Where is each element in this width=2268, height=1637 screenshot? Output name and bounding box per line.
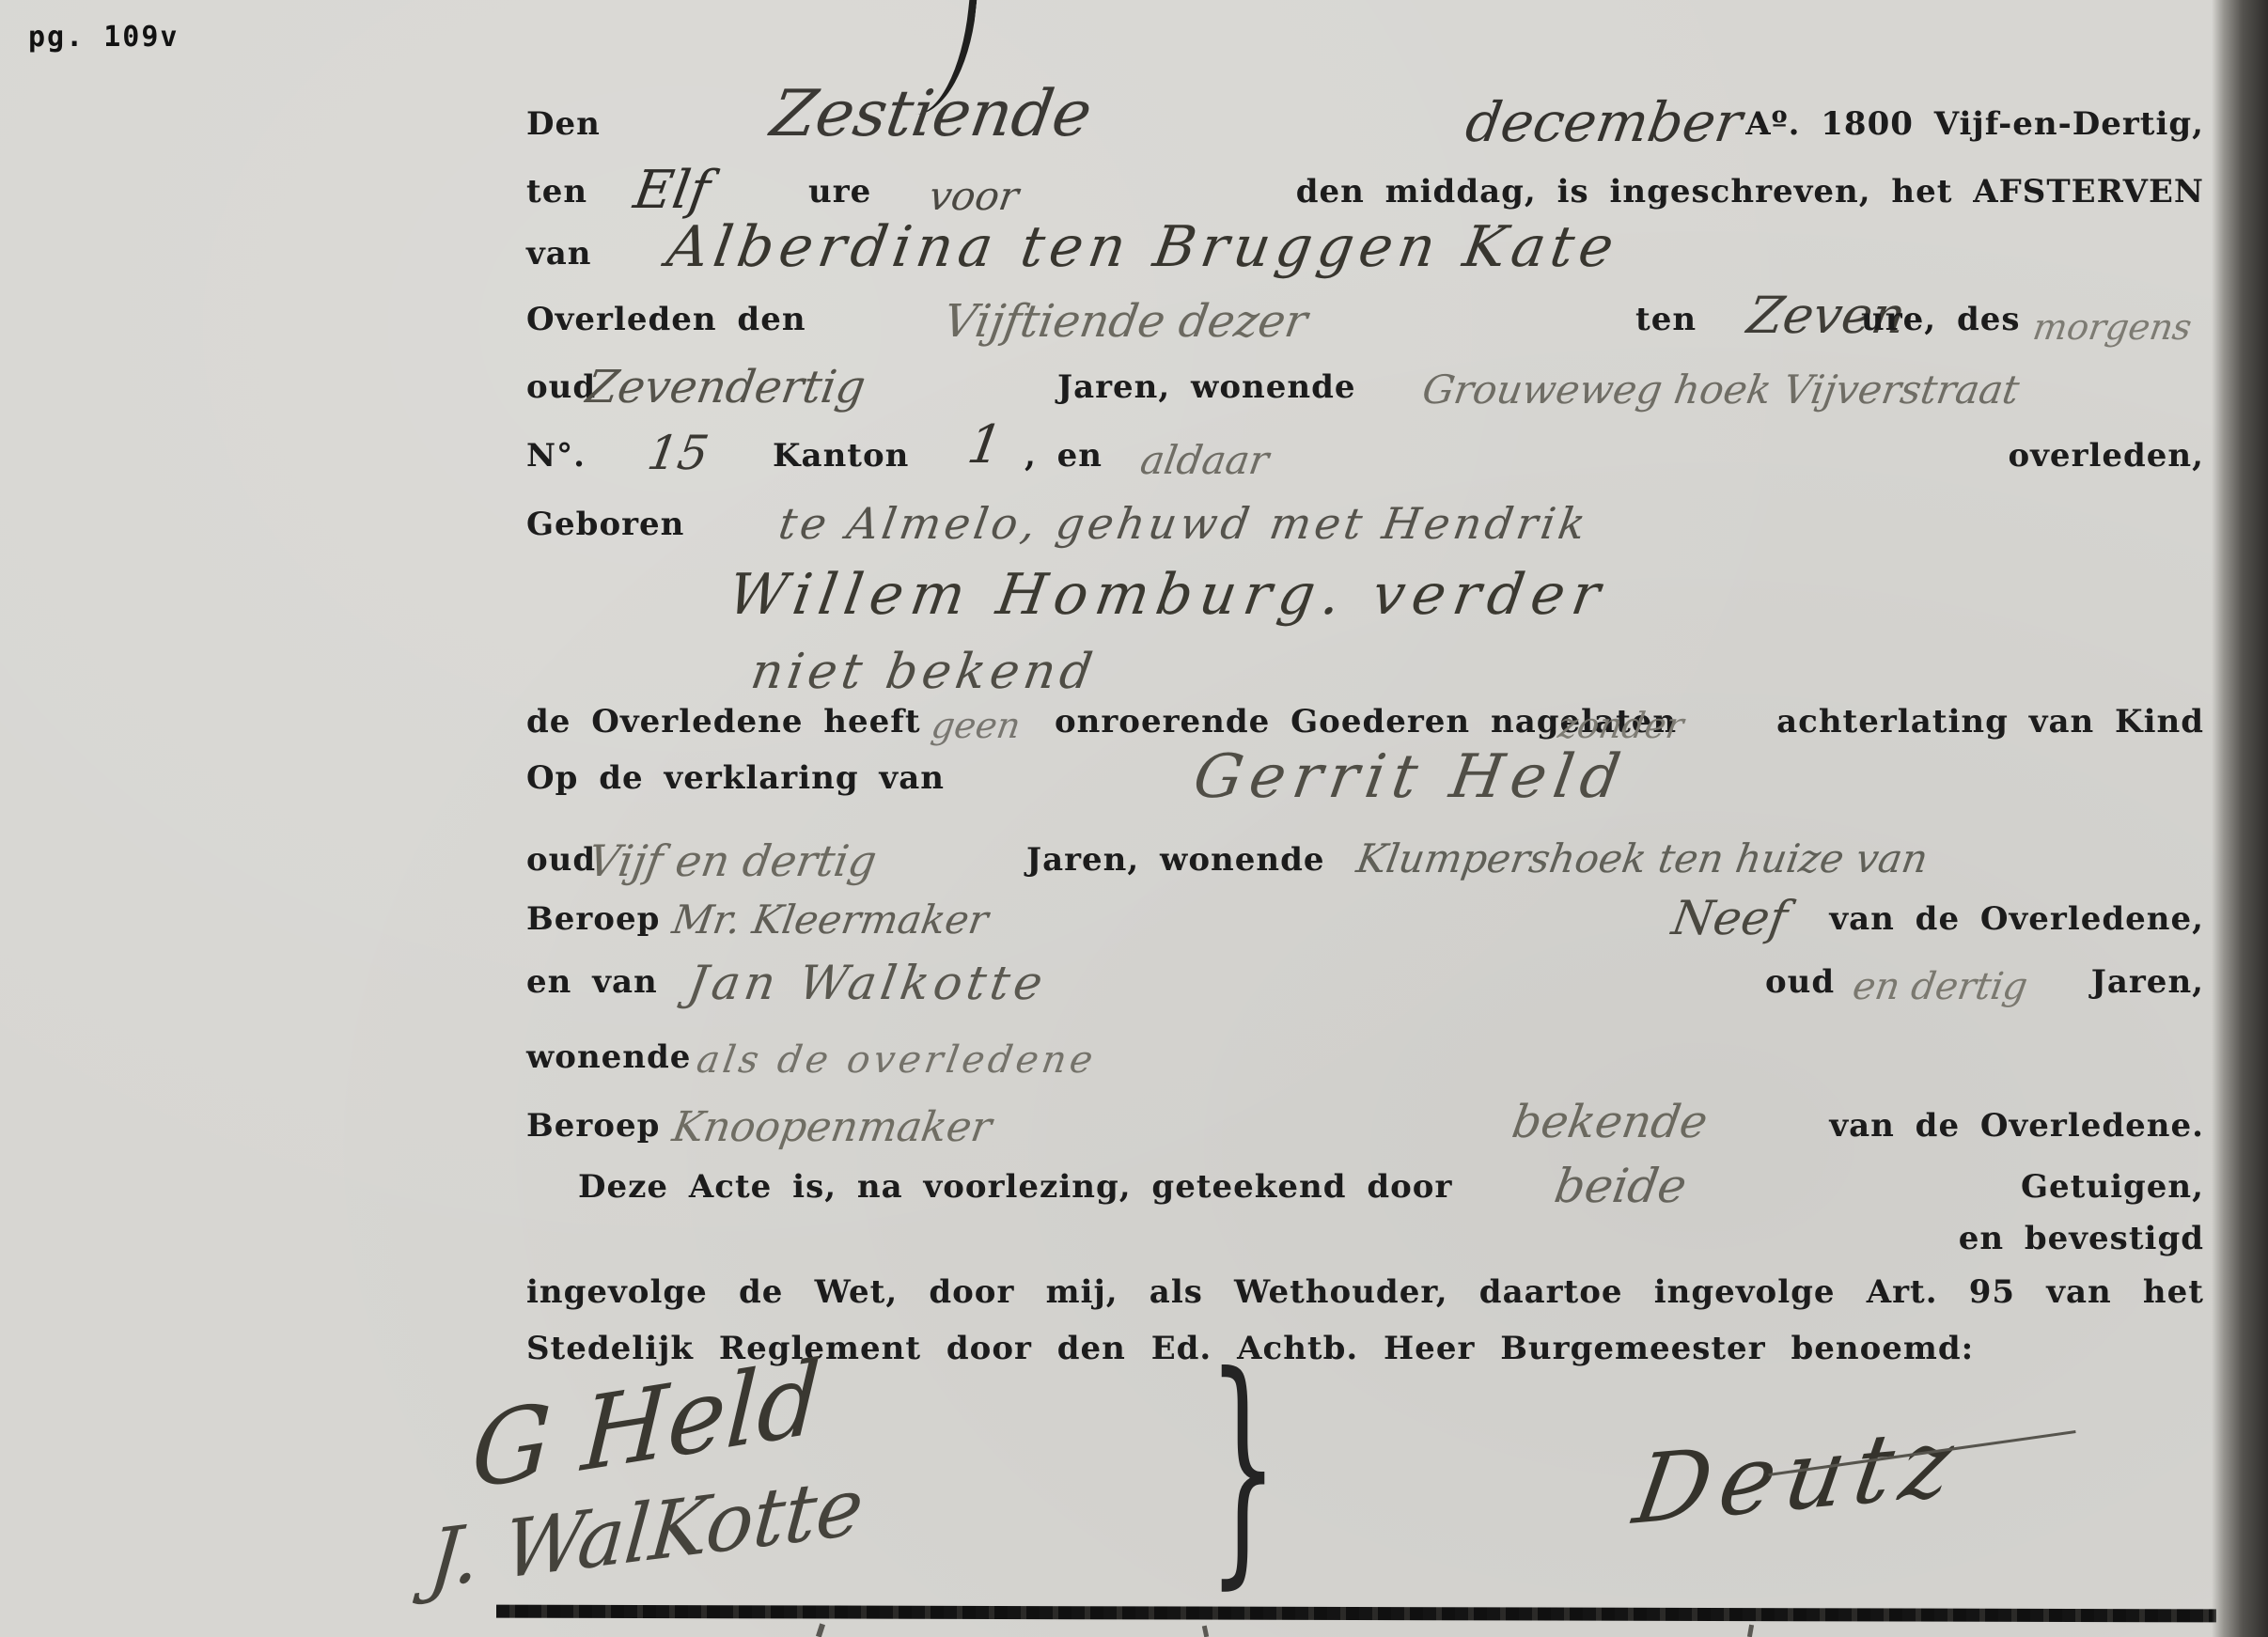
row-niet-bekend: niet bekend <box>526 644 2204 711</box>
handwritten-declarant1-address: Klumpershoek ten huize van <box>1353 835 1932 881</box>
handwritten-birthplace-marriage: te Almelo, gehuwd met Hendrik <box>775 498 1593 549</box>
handwritten-beide: beide <box>1551 1159 1690 1213</box>
handwritten-declarant1-relation: Neef <box>1668 891 1791 945</box>
printed-overledene-heeft: de Overledene heeft <box>526 703 921 741</box>
printed-jaren-wonende: Jaren, wonende <box>1057 368 1355 406</box>
handwritten-zonder: zonder <box>1556 705 1686 746</box>
printed-overleden-den: Overleden den <box>526 301 806 338</box>
stray-ink-stroke <box>1747 1625 1754 1637</box>
printed-wet-line1: ingevolge de Wet, door mij, als Wethoude… <box>526 1273 2204 1311</box>
handwritten-morgens: morgens <box>2030 306 2195 348</box>
scan-edge-shadow <box>2212 0 2268 1637</box>
printed-van: van <box>526 235 592 273</box>
handwritten-declarant2-name: Jan Walkotte <box>684 956 1051 1010</box>
row-declarant1-name: Op de verklaring van Gerrit Held <box>526 759 2204 827</box>
handwritten-deceased-name: Alberdina ten Bruggen Kate <box>663 214 1623 280</box>
row-deceased-age: oud Zevendertig Jaren, wonende Grouweweg… <box>526 368 2204 436</box>
row-number-kanton: N°. 15 Kanton 1 , en aldaar overleden, <box>526 437 2204 505</box>
printed-jaren-wonende2: Jaren, wonende <box>1026 841 1324 879</box>
handwritten-niet-bekend: niet bekend <box>747 644 1101 700</box>
handwritten-declarant2-relation: bekende <box>1509 1096 1712 1148</box>
signature-official: Deutz <box>1627 1406 1969 1546</box>
printed-van-de-overledene1: van de Overledene, <box>1829 900 2204 938</box>
printed-getuigen: Getuigen, <box>2021 1168 2204 1206</box>
handwritten-declarant2-beroep: Knoopenmaker <box>669 1103 994 1151</box>
printed-deze-acte: Deze Acte is, na voorlezing, geteekend d… <box>578 1168 1452 1206</box>
handwritten-deceased-age: Zevendertig <box>583 361 869 413</box>
printed-ten2: ten <box>1635 301 1697 338</box>
printed-jaren2: Jaren, <box>2091 963 2204 1001</box>
death-record-scan: pg. 109v Den Zestiende december Aº. 1800… <box>0 0 2268 1637</box>
handwritten-aldaar: aldaar <box>1137 437 1272 483</box>
printed-no: N°. <box>526 437 586 475</box>
handwritten-month: december <box>1462 90 1746 154</box>
printed-beroep1: Beroep <box>526 900 660 938</box>
printed-van-de-overledene2: van de Overledene. <box>1829 1107 2204 1145</box>
printed-year: Aº. 1800 Vijf-en-Dertig, <box>1745 105 2204 143</box>
printed-en-bevestigd: en bevestigd <box>1959 1220 2204 1257</box>
printed-oud2: oud <box>526 841 596 879</box>
printed-ten: ten <box>526 173 587 210</box>
printed-en-van: en van <box>526 963 658 1001</box>
stray-ink-stroke <box>816 1623 825 1637</box>
printed-beroep2: Beroep <box>526 1107 660 1145</box>
row-registration-date: Den Zestiende december Aº. 1800 Vijf-en-… <box>526 105 2204 173</box>
printed-achterlating-kind: achterlating van Kind <box>1776 703 2204 741</box>
printed-afsterven: den middag, is ingeschreven, het AFSTERV… <box>1296 173 2204 210</box>
handwritten-day: Zestiende <box>766 77 1097 151</box>
printed-ure: ure <box>808 173 871 210</box>
handwritten-voor: voor <box>926 173 1022 219</box>
printed-oud3: oud <box>1765 963 1835 1001</box>
next-record-divider-bar <box>496 1605 2216 1623</box>
printed-en: , en <box>1025 437 1103 475</box>
printed-geboren: Geboren <box>526 506 684 543</box>
row-deceased-name: van Alberdina ten Bruggen Kate <box>526 235 2204 303</box>
handwritten-declarant1-beroep: Mr. Kleermaker <box>669 896 992 943</box>
curly-brace-mark: } <box>1208 1323 1278 1610</box>
printed-wonende: wonende <box>526 1038 691 1076</box>
handwritten-deceased-address: Grouweweg hoek Vijverstraat <box>1419 366 2023 413</box>
handwritten-declarant1-name: Gerrit Held <box>1189 742 1633 812</box>
handwritten-geen: geen <box>929 705 1024 746</box>
handwritten-act-number: 15 <box>644 426 712 480</box>
handwritten-hour: Elf <box>630 160 714 221</box>
row-spouse-name: Willem Homburg. verder <box>526 571 2204 639</box>
printed-ure-des: ure, des <box>1861 301 2021 338</box>
handwritten-death-date: Vijftiende dezer <box>940 295 1311 348</box>
handwritten-declarant2-age: en dertig <box>1850 965 2030 1008</box>
printed-overleden: overleden, <box>2009 437 2205 475</box>
printed-den: Den <box>526 105 601 143</box>
page-number-label: pg. 109v <box>28 21 180 54</box>
row-declarant2-beroep: Beroep Knoopenmaker bekende van de Overl… <box>526 1107 2204 1175</box>
stray-ink-stroke <box>1202 1626 1209 1637</box>
printed-verklaring-van: Op de verklaring van <box>526 759 945 797</box>
handwritten-spouse-name: Willem Homburg. verder <box>724 562 1612 628</box>
row-death-date: Overleden den Vijftiende dezer ten Zeven… <box>526 301 2204 368</box>
row-declarant2-name: en van Jan Walkotte oud en dertig Jaren, <box>526 963 2204 1031</box>
row-declarant2-address: wonende als de overledene <box>526 1038 2204 1106</box>
handwritten-declarant2-address: als de overledene <box>694 1038 1100 1082</box>
printed-kanton: Kanton <box>773 437 909 475</box>
handwritten-declarant1-age: Vijf en dertig <box>585 835 880 886</box>
